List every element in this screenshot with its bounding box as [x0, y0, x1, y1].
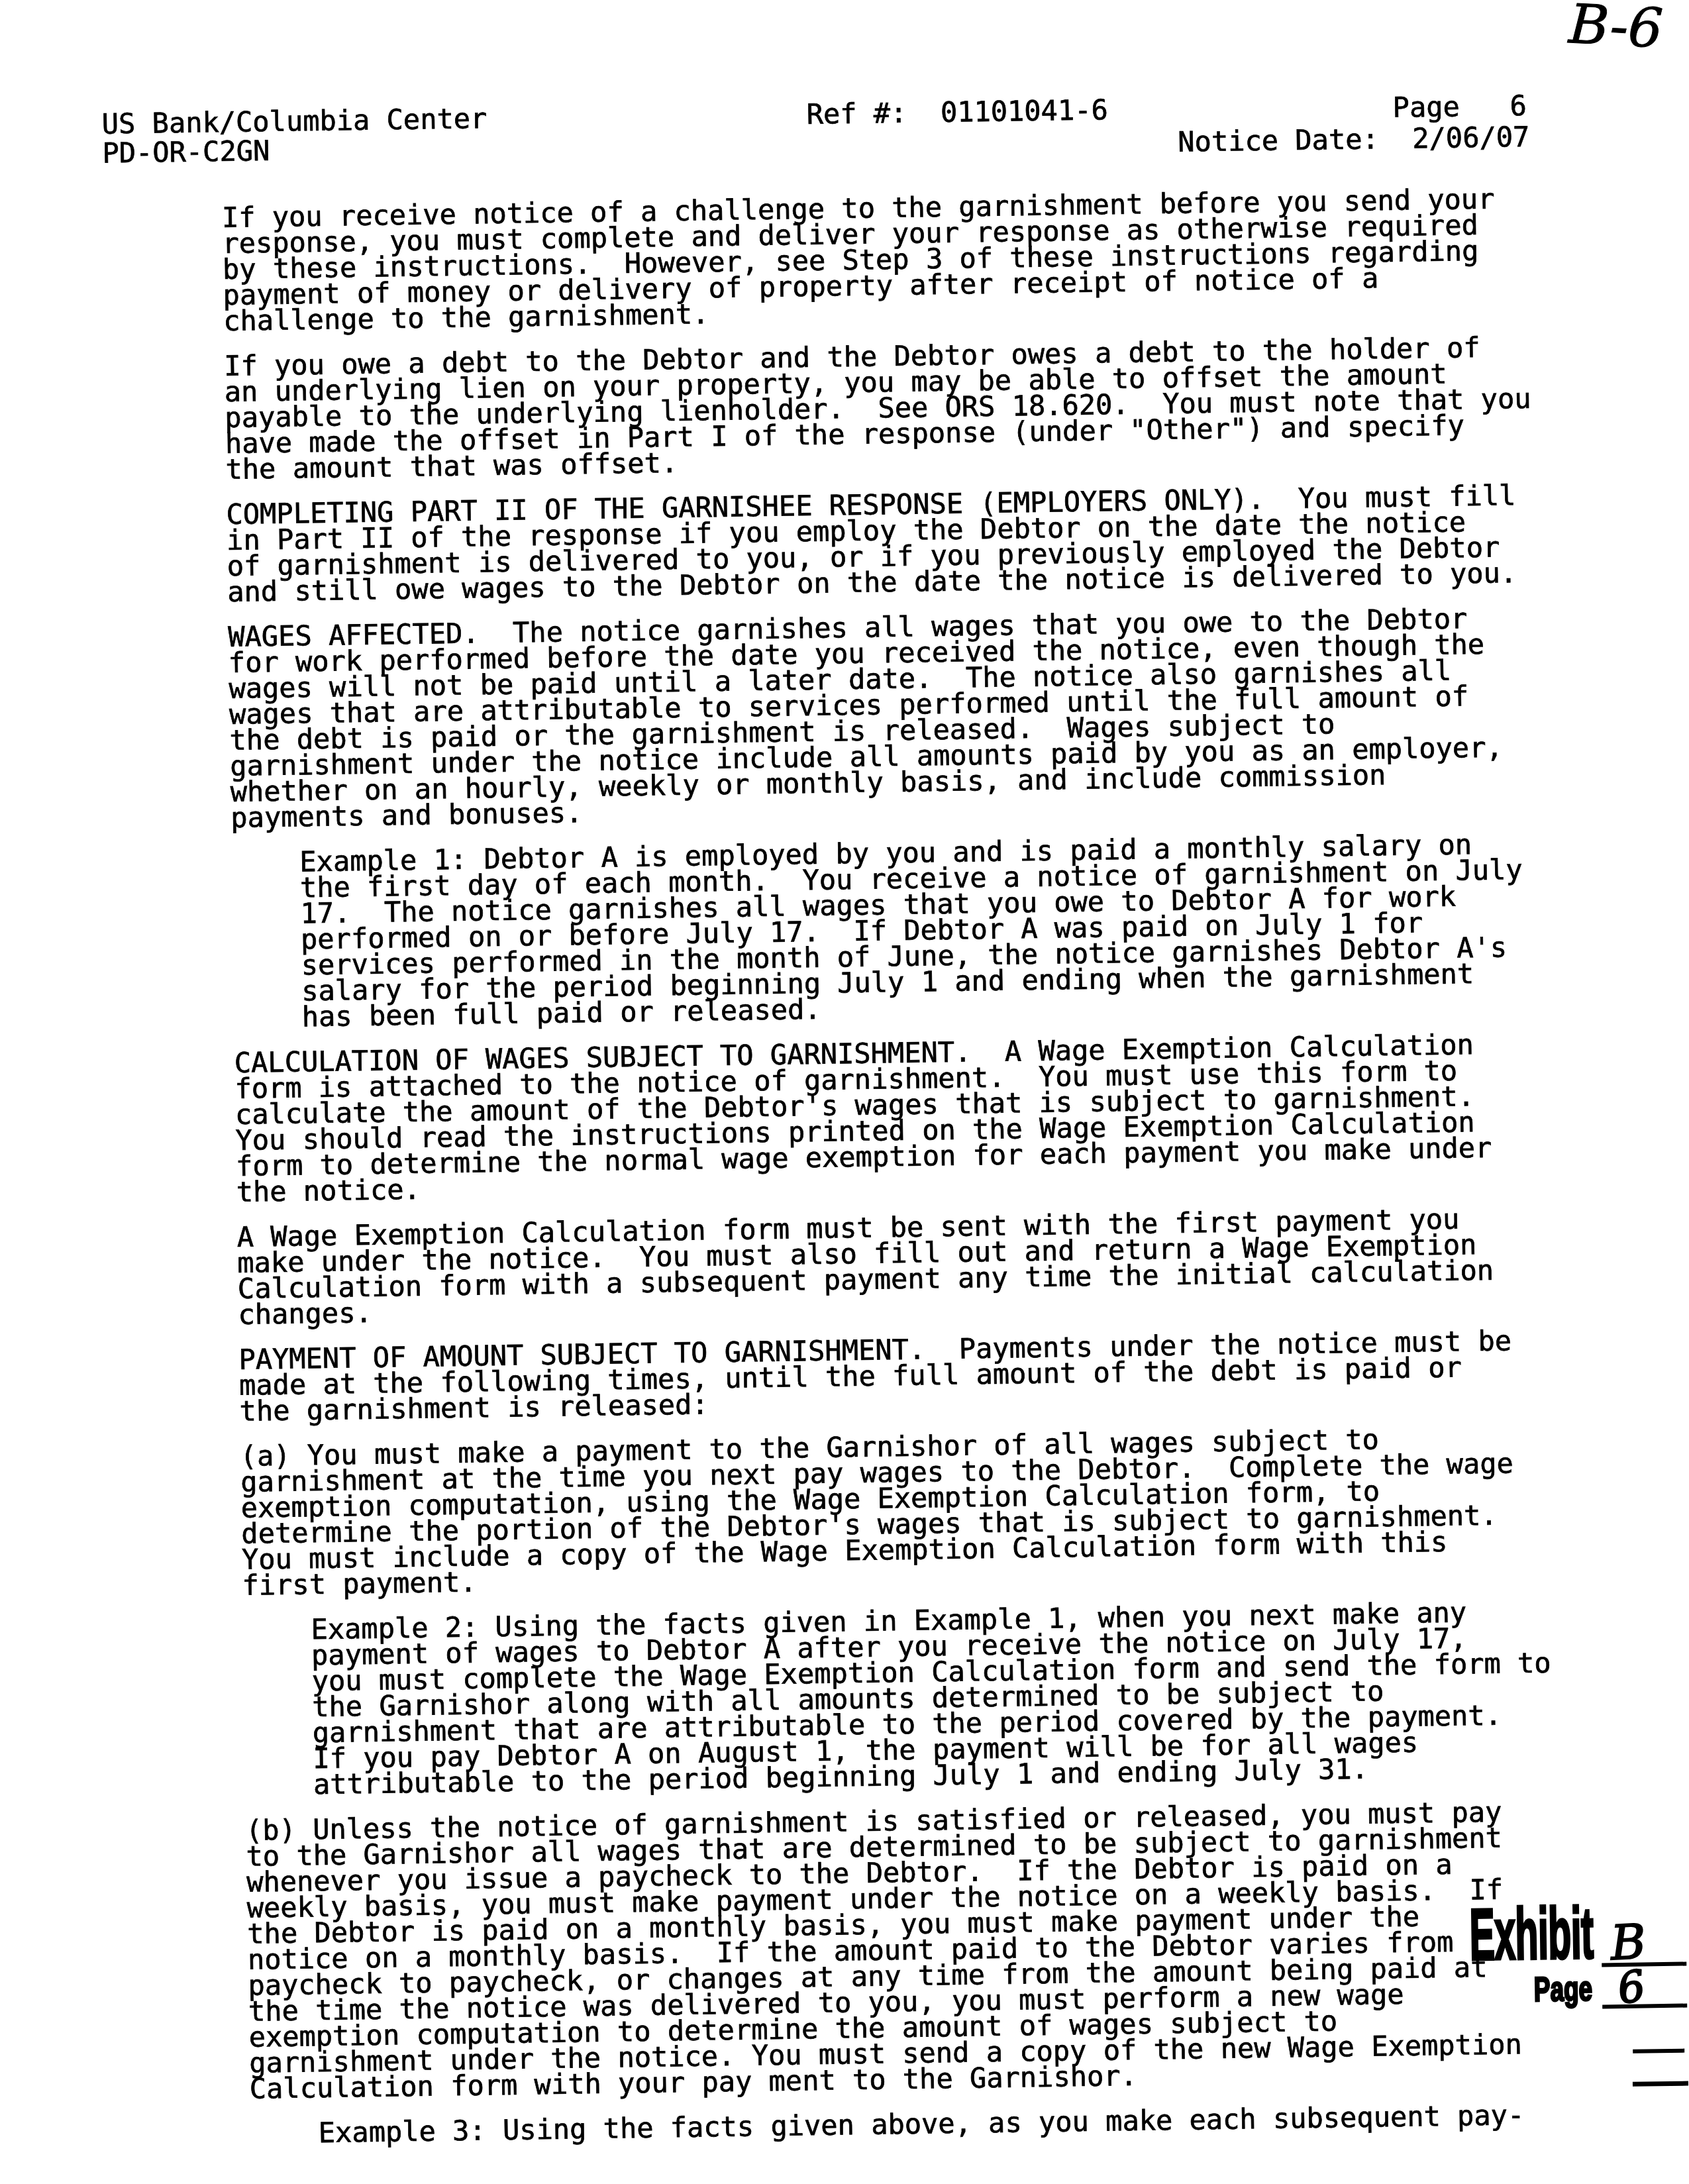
paragraph: Example 3: Using the facts given above, … [250, 2099, 1689, 2147]
page-stamp-label: Page [1533, 1972, 1592, 2007]
paragraph: If you receive notice of a challenge to … [222, 183, 1681, 334]
header-notice-date: Notice Date: 2/06/07 [1178, 124, 1530, 155]
header-branch-code: PD-OR-C2GN [102, 138, 270, 166]
handwritten-exhibit-letter: B [1610, 1918, 1647, 1967]
handwritten-exhibit-note: B-6 [1568, 0, 1664, 57]
paragraph: If you owe a debt to the Debtor and the … [224, 331, 1683, 482]
paragraph: Example 2: Using the facts given in Exam… [242, 1596, 1689, 1798]
scanned-document-page: B-6 US Bank/Columbia Center PD-OR-C2GN R… [0, 0, 1689, 2184]
paragraph: CALCULATION OF WAGES SUBJECT TO GARNISHM… [234, 1028, 1689, 1205]
margin-artifact-line [1633, 2081, 1688, 2087]
exhibit-stamp-label: Exhibit [1469, 1897, 1594, 1972]
margin-artifact-line [1633, 2049, 1684, 2054]
paragraph: (a) You must make a payment to the Garni… [240, 1422, 1689, 1598]
paragraph: Example 1: Debtor A is employed by you a… [231, 828, 1689, 1031]
header-page-number: Page 6 [1392, 93, 1527, 121]
paragraph: A Wage Exemption Calculation form must b… [236, 1202, 1689, 1327]
header-ref-number: Ref #: 01101041-6 [806, 97, 1108, 127]
paragraph: WAGES AFFECTED. The notice garnishes all… [228, 602, 1688, 831]
paragraph: COMPLETING PART II OF THE GARNISHEE RESP… [226, 480, 1684, 605]
paragraph: PAYMENT OF AMOUNT SUBJECT TO GARNISHMENT… [238, 1325, 1689, 1424]
header-company-name: US Bank/Columbia Center [102, 105, 487, 137]
document-body: If you receive notice of a challenge to … [222, 183, 1689, 2165]
text-line: Example 3: Using the facts given above, … [319, 2099, 1689, 2146]
scan-content: B-6 US Bank/Columbia Center PD-OR-C2GN R… [0, 0, 1689, 2184]
